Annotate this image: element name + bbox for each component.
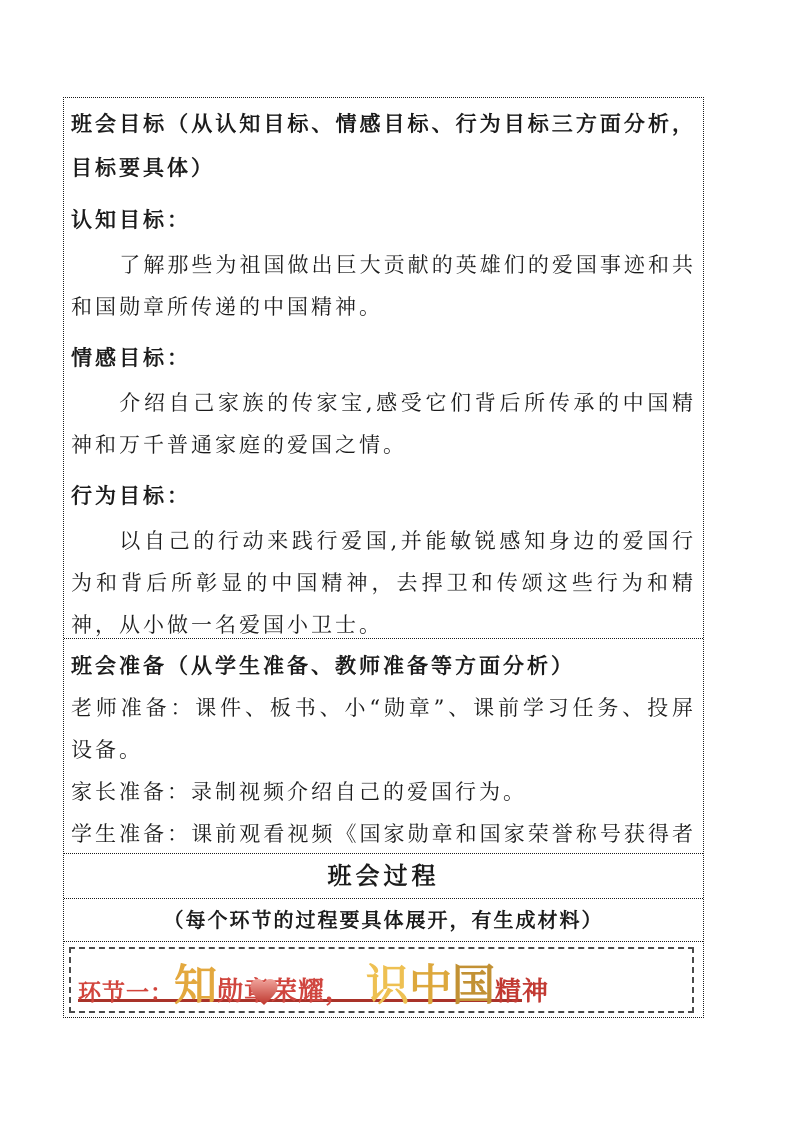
process-title-row: 班会过程: [64, 853, 703, 898]
step1-heading: 环节一： 知 勋章荣耀 ， 识 中 国 精神: [78, 952, 549, 1013]
process-note: （每个环节的过程要具体展开，有生成材料）: [71, 899, 696, 941]
emotional-goal-label: 情感目标：: [71, 337, 696, 379]
preparation-title: 班会准备（从学生准备、教师准备等方面分析）: [71, 645, 696, 687]
process-note-row: （每个环节的过程要具体展开，有生成材料）: [64, 898, 703, 941]
step1-box: 环节一： 知 勋章荣耀 ， 识 中 国 精神: [69, 947, 694, 1013]
step1-segment: 识: [366, 952, 409, 1013]
behavioral-goal-text: 以自己的行动来践行爱国,并能敏锐感知身边的爱国行为和背后所彰显的中国精神，去捍卫…: [71, 520, 696, 638]
step1-segment: 国: [452, 952, 495, 1013]
step1-segment: 知: [174, 952, 217, 1013]
student-preparation-line: 学生准备：课前观看视频《国家勋章和国家荣誉称号获得者系列人物宣传片》；寻找传家宝…: [71, 813, 696, 853]
step1-segment: ，: [325, 971, 352, 1008]
cognitive-goal-label: 认知目标：: [71, 199, 696, 241]
heart-icon: [249, 976, 279, 1008]
parent-preparation-line: 家长准备：录制视频介绍自己的爱国行为。: [71, 771, 696, 813]
step1-segment: 环节一：: [78, 974, 174, 1007]
process-title: 班会过程: [71, 854, 696, 898]
preparation-section: 班会准备（从学生准备、教师准备等方面分析） 老师准备：课件、板书、小“勋章”、课…: [64, 638, 703, 853]
objectives-section: 班会目标（从认知目标、情感目标、行为目标三方面分析，目标要具体） 认知目标： 了…: [64, 98, 703, 638]
lesson-plan-table: 班会目标（从认知目标、情感目标、行为目标三方面分析，目标要具体） 认知目标： 了…: [63, 97, 704, 1018]
step1-segment: 精神: [495, 971, 549, 1008]
objectives-title: 班会目标（从认知目标、情感目标、行为目标三方面分析，目标要具体）: [71, 102, 696, 190]
emotional-goal-text: 介绍自己家族的传家宝,感受它们背后所传承的中国精神和万千普通家庭的爱国之情。: [71, 382, 696, 466]
document-page: 班会目标（从认知目标、情感目标、行为目标三方面分析，目标要具体） 认知目标： 了…: [0, 0, 793, 1122]
behavioral-goal-label: 行为目标：: [71, 475, 696, 517]
teacher-preparation-line: 老师准备：课件、板书、小“勋章”、课前学习任务、投屏设备。: [71, 687, 696, 771]
step1-row: 环节一： 知 勋章荣耀 ， 识 中 国 精神: [64, 941, 703, 1016]
step1-segment: 中: [409, 952, 452, 1013]
cognitive-goal-text: 了解那些为祖国做出巨大贡献的英雄们的爱国事迹和共和国勋章所传递的中国精神。: [71, 244, 696, 328]
